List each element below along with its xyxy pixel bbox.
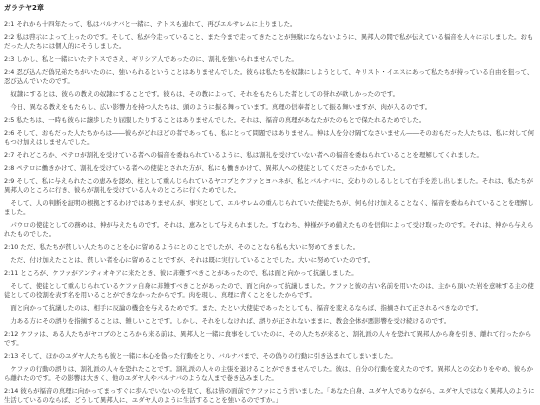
verse-paragraph: 2:7 それどころか、ペテロが割礼を受けている者への福音を委ねられているように、…	[4, 151, 535, 160]
commentary-paragraph: そして、人の判断を証明の根拠とするわけではありませんが、事実として、エルサレムの…	[4, 199, 535, 217]
document-body: 2:1 それから十四年たって、私はバルナバと一緒に、テトスも連れて、再びエルサレ…	[4, 20, 535, 405]
verse-paragraph: 2:2 私は啓示によって上ったのです。そして、私が今走っていること、また今まで走…	[4, 33, 535, 51]
verse-paragraph: 2:10 ただ、私たちが貧しい人たちのことを心に留めるようにとのことでしたが、そ…	[4, 243, 535, 252]
commentary-paragraph: ただ、付け加えたことは、貧しい者を心に留めることですが、それは既に実行しているこ…	[4, 256, 535, 265]
verse-paragraph: 2:6 そして、おもだった人たちからは――彼らがどれほどの者であっても、私にとっ…	[4, 129, 535, 147]
commentary-paragraph: 力ある方にその誤りを指摘することは、難しいことです。しかし、それをしなければ、誤…	[4, 317, 535, 326]
document-page: ガラテヤ2章 2:1 それから十四年たって、私はバルナバと一緒に、テトスも連れて…	[0, 0, 540, 405]
page-title: ガラテヤ2章	[4, 4, 535, 13]
commentary-paragraph: そして、使徒として重んじられているケファ自身に非難すべきことがあったので、面と向…	[4, 282, 535, 300]
commentary-paragraph: ケファの行動の誤りは、割礼派の人々を恐れたことです。割礼派の人々の主張を退けるこ…	[4, 365, 535, 383]
verse-paragraph: 2:8 ペテロに働きかけて、割礼を受けている者への使徒とされた方が、私にも働きか…	[4, 164, 535, 173]
verse-paragraph: 2:4 忍び込んだ偽兄弟たちがいたのに、強いられるということはありませんでした。…	[4, 68, 535, 86]
verse-paragraph: 2:9 そして、私に与えられたこの恵みを認め、柱として重んじられているヤコブとケ…	[4, 177, 535, 195]
commentary-paragraph: パウロの使徒としての務めは、神が与えたものです。それは、恵みとして与えられました…	[4, 221, 535, 239]
commentary-paragraph: 面と向かって抗議したのは、相手に反論の機会を与えるためです。また、たとい大使徒で…	[4, 304, 535, 313]
verse-paragraph: 2:13 そして、ほかのユダヤ人たちも彼と一緒に本心を偽った行動をとり、バルナバ…	[4, 352, 535, 361]
verse-paragraph: 2:1 それから十四年たって、私はバルナバと一緒に、テトスも連れて、再びエルサレ…	[4, 20, 535, 29]
verse-paragraph: 2:3 しかし、私と一緒にいたテトスでさえ、ギリシア人であったのに、割礼を強いら…	[4, 55, 535, 64]
verse-paragraph: 2:11 ところが、ケファがアンティオキアに来たとき、彼に非難すべきことがあった…	[4, 269, 535, 278]
commentary-paragraph: 今日、異なる教えをもたらし、広い影響力を持つ人たちは、頭のように振る舞っています…	[4, 103, 535, 112]
verse-paragraph: 2:12 ケファは、ある人たちがヤコブのところから来る前は、異邦人と一緒に食事を…	[4, 330, 535, 348]
verse-paragraph: 2:5 私たちは、一時も彼らに譲歩したり屈服したりすることはありませんでした。そ…	[4, 116, 535, 125]
commentary-paragraph: 奴隷にするとは、彼らの教えの奴隷にすることです。彼らは、その教によって、それをも…	[4, 90, 535, 99]
verse-paragraph: 2:14 彼らが福音の真理に向かってまっすぐに歩んでいないのを見て、私は皆の面前…	[4, 387, 535, 405]
